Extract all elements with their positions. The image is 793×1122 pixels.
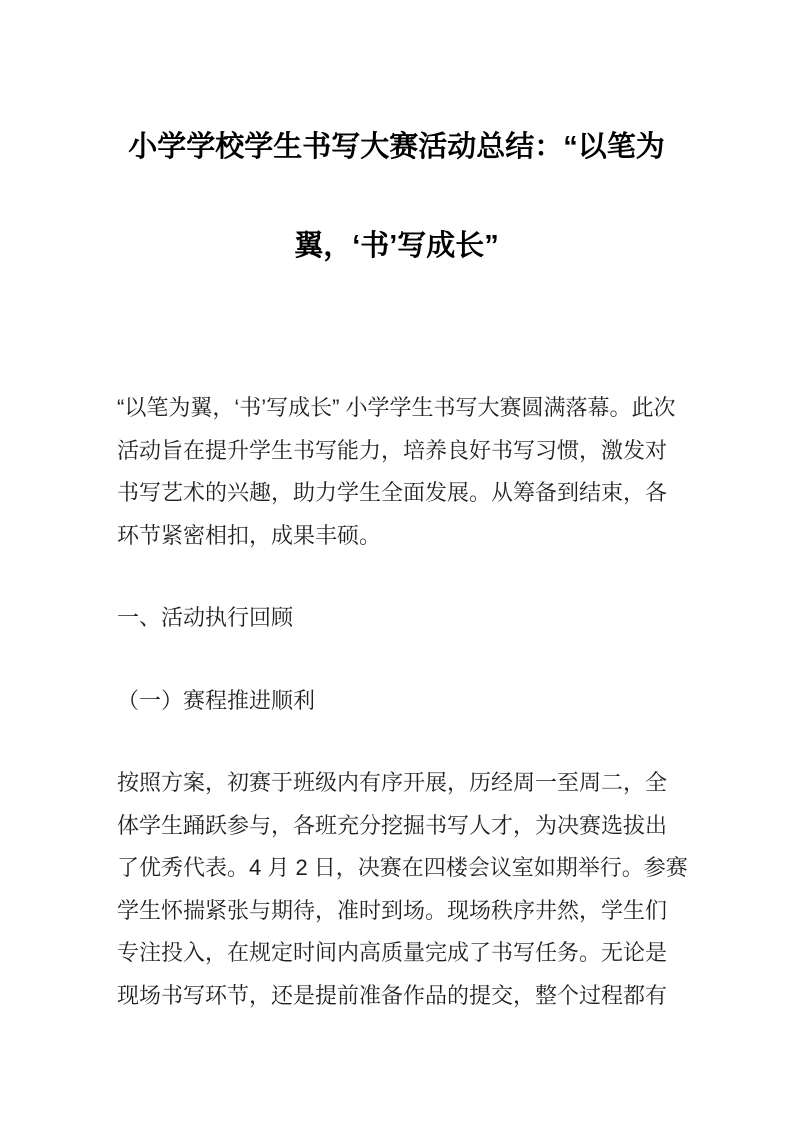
text-line: 学生怀揣紧张与期待，准时到场。现场秩序井然，学生们 (117, 890, 676, 933)
text-line: 书写艺术的兴趣，助力学生全面发展。从筹备到结束，各 (117, 472, 676, 515)
section-heading: 一、活动执行回顾 (117, 597, 676, 640)
text-line: 体学生踊跃参与，各班充分挖掘书写人才，为决赛选拔出 (117, 805, 676, 848)
text-line: 了优秀代表。4 月 2 日，决赛在四楼会议室如期举行。参赛 (117, 847, 676, 890)
text-line: 按照方案，初赛于班级内有序开展，历经周一至周二，全 (117, 762, 676, 805)
document-page: 小学学校学生书写大赛活动总结：“以笔为 翼，‘书’写成长” “以笔为翼，‘书’写… (0, 0, 793, 1122)
section-heading-text: 一、活动执行回顾 (117, 597, 676, 640)
subsection-heading-text: （一）赛程推进顺利 (117, 680, 676, 723)
text-line: 专注投入，在规定时间内高质量完成了书写任务。无论是 (117, 932, 676, 975)
text-line: 活动旨在提升学生书写能力，培养良好书写习惯，激发对 (117, 430, 676, 473)
document-title: 小学学校学生书写大赛活动总结：“以笔为 翼，‘书’写成长” (117, 98, 676, 296)
text-line: “以笔为翼，‘书’写成长” 小学学生书写大赛圆满落幕。此次 (117, 387, 676, 430)
text-line: 现场书写环节，还是提前准备作品的提交，整个过程都有 (117, 975, 676, 1018)
subsection-heading: （一）赛程推进顺利 (117, 680, 676, 723)
document-title-line-1: 小学学校学生书写大赛活动总结：“以笔为 (117, 98, 676, 197)
text-line: 环节紧密相扣，成果丰硕。 (117, 515, 676, 558)
paragraph-body: 按照方案，初赛于班级内有序开展，历经周一至周二，全 体学生踊跃参与，各班充分挖掘… (117, 762, 676, 1017)
document-title-line-2: 翼，‘书’写成长” (117, 197, 676, 296)
paragraph-intro: “以笔为翼，‘书’写成长” 小学学生书写大赛圆满落幕。此次 活动旨在提升学生书写… (117, 387, 676, 557)
